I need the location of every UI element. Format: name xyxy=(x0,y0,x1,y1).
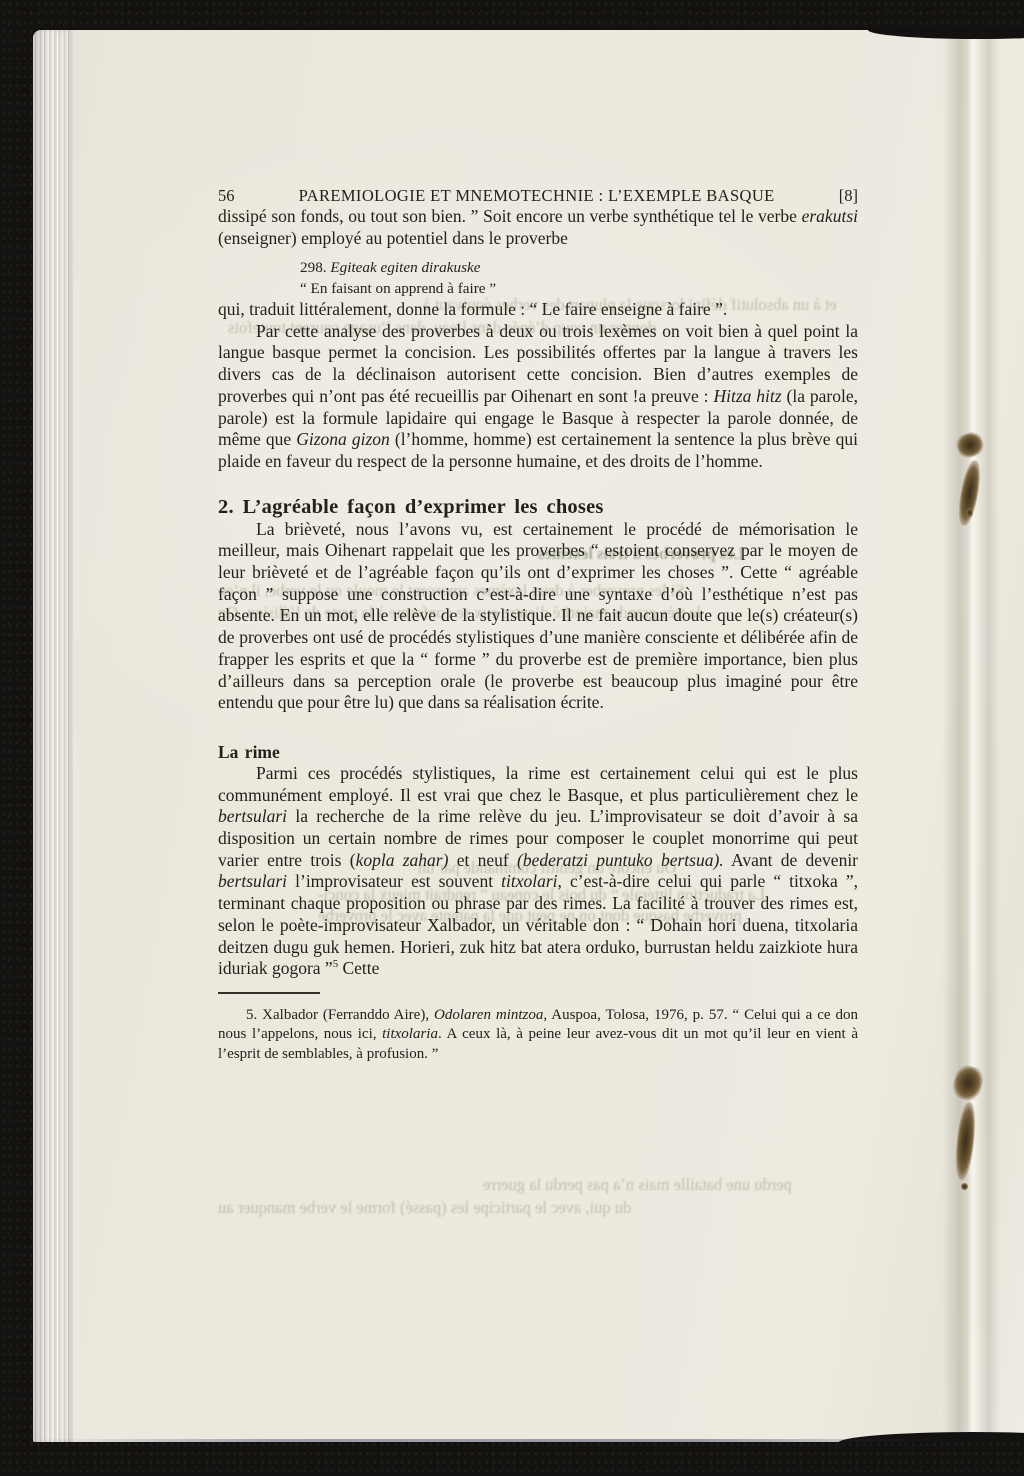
smudge-mark xyxy=(966,508,973,517)
section-heading: 2. L’agréable façon d’exprimer les chose… xyxy=(218,495,858,519)
book-page: et à un absolutif défini lorsque la plup… xyxy=(33,30,1024,1442)
body-paragraph-after-example: qui, traduit littéralement, donne la for… xyxy=(218,299,858,321)
body-paragraph-opening: dissipé son fonds, ou tout son bien. ” S… xyxy=(218,206,858,249)
page-stack-fore-edge xyxy=(33,30,73,1442)
page-content: 56 PAREMIOLOGIE ET MNEMOTECHNIE : L’EXEM… xyxy=(218,185,858,1064)
footnote-rule xyxy=(218,992,320,994)
book-photo-background: et à un absolutif défini lorsque la plup… xyxy=(0,0,1024,1476)
footnote-5: 5. Xalbador (Ferranddo Aire), Odolaren m… xyxy=(218,1006,858,1064)
subsection-heading-la-rime: La rime xyxy=(218,741,858,763)
page-number: 56 xyxy=(218,185,235,206)
body-paragraph-rime: Parmi ces procédés stylistiques, la rime… xyxy=(218,763,858,980)
proverb-translation-line: “ En faisant on apprend à faire ” xyxy=(300,279,858,299)
body-paragraph-analysis: Par cette analyse des proverbes à deux o… xyxy=(218,321,858,473)
smudge-mark xyxy=(961,1183,968,1190)
bleedthrough-text: perdu une bataille mais n’a pas perdu la… xyxy=(483,1175,792,1195)
running-header: 56 PAREMIOLOGIE ET MNEMOTECHNIE : L’EXEM… xyxy=(218,185,858,206)
bleedthrough-text: du qui, avec le participe les (passé) fo… xyxy=(218,1198,631,1218)
body-paragraph-brevity: La brièveté, nous l’avons vu, est certai… xyxy=(218,519,858,714)
proverb-number-line: 298. Egiteak egiten dirakuske xyxy=(300,258,858,278)
folio-bracket: [8] xyxy=(839,185,858,206)
spine-gutter-highlight xyxy=(942,30,1000,1442)
running-title: PAREMIOLOGIE ET MNEMOTECHNIE : L’EXEMPLE… xyxy=(235,185,839,206)
proverb-example-block: 298. Egiteak egiten dirakuske “ En faisa… xyxy=(300,258,858,299)
page-bottom-edge-shadow xyxy=(45,1439,970,1442)
